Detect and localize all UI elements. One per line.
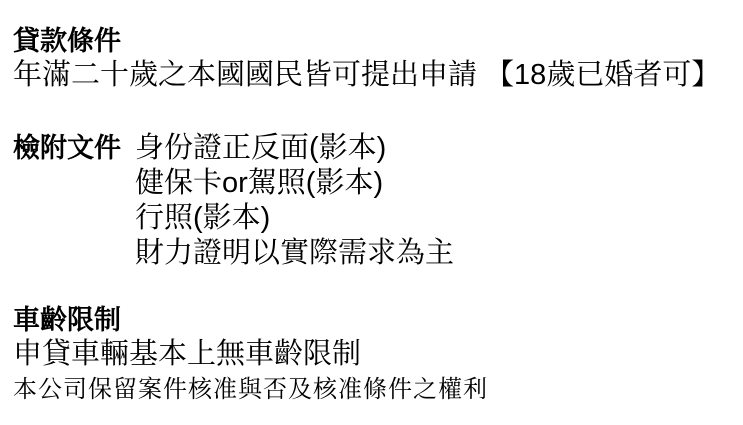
disclaimer-note: 本公司保留案件核准與否及核准條件之權利 [13, 375, 743, 405]
loan-conditions-text: 年滿二十歲之本國國民皆可提出申請 【18歲已婚者可】 [13, 58, 743, 92]
vehicle-age-text: 申貸車輛基本上無車齡限制 [13, 337, 743, 371]
document-item: 財力證明以實際需求為主 [135, 236, 454, 271]
vehicle-age-section: 車齡限制 申貸車輛基本上無車齡限制 本公司保留案件核准與否及核准條件之權利 [13, 303, 743, 405]
loan-info-page: 貸款條件 年滿二十歲之本國國民皆可提出申請 【18歲已婚者可】 檢附文件 身份證… [0, 0, 743, 425]
vehicle-age-title: 車齡限制 [13, 303, 743, 337]
document-item: 身份證正反面(影本) [135, 131, 454, 166]
loan-conditions-title: 貸款條件 [13, 24, 743, 58]
documents-section: 檢附文件 身份證正反面(影本) 健保卡or駕照(影本) 行照(影本) 財力證明以… [13, 131, 743, 271]
documents-label: 檢附文件 [13, 131, 121, 166]
document-item: 行照(影本) [135, 201, 454, 236]
documents-list: 身份證正反面(影本) 健保卡or駕照(影本) 行照(影本) 財力證明以實際需求為… [135, 131, 454, 271]
document-item: 健保卡or駕照(影本) [135, 166, 454, 201]
